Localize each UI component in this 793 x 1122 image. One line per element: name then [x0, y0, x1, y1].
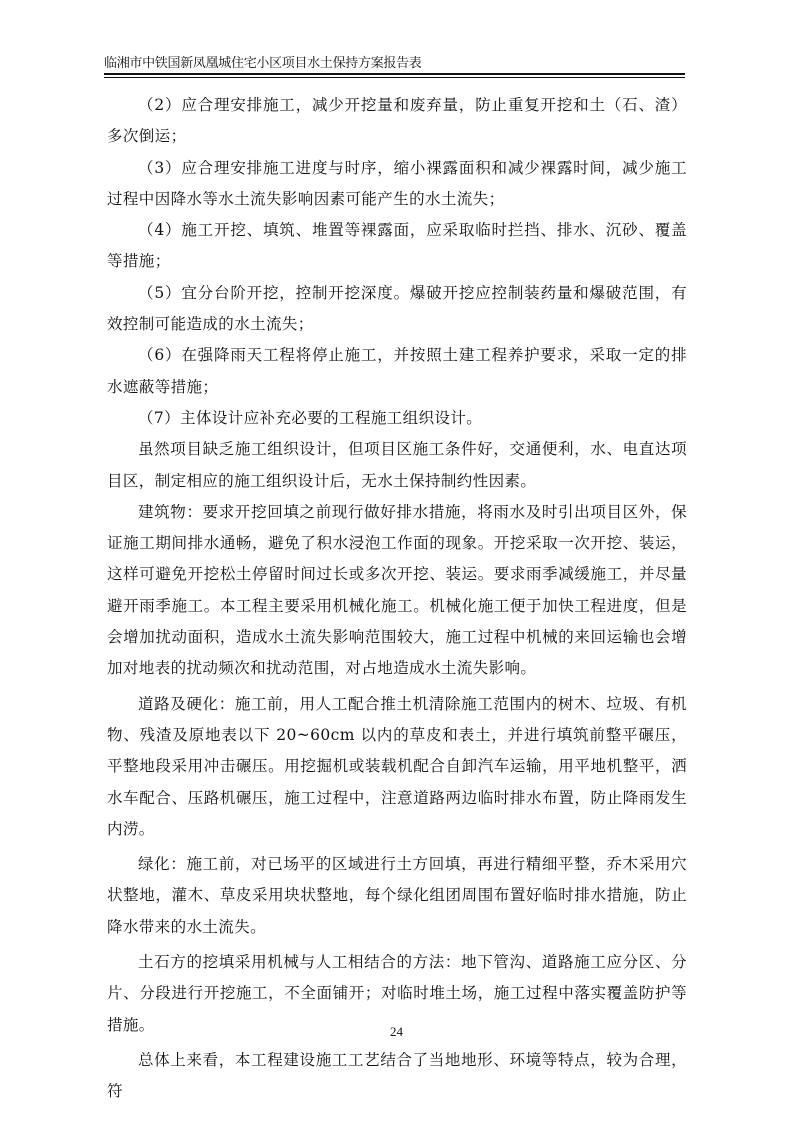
paragraph-item-2: （2）应合理安排施工，减少开挖量和废弃量，防止重复开挖和土（石、渣）多次倒运；: [107, 90, 687, 153]
header-rule-thick: [104, 73, 685, 75]
paragraph-roads: 道路及硬化：施工前，用人工配合推土机清除施工范围内的树木、垃圾、有机物、残渣及原…: [107, 689, 687, 845]
paragraph-item-5: （5）宜分台阶开挖，控制开挖深度。爆破开挖应控制装药量和爆破范围，有效控制可能造…: [107, 278, 687, 341]
header-rule-thin: [104, 77, 685, 78]
paragraph-greening: 绿化：施工前，对已场平的区域进行土方回填，再进行精细平整，乔木采用穴状整地，灌木…: [107, 849, 687, 943]
body-text: （2）应合理安排施工，减少开挖量和废弃量，防止重复开挖和土（石、渣）多次倒运； …: [107, 90, 687, 1108]
page-number: 24: [0, 1024, 793, 1040]
paragraph-buildings: 建筑物：要求开挖回填之前现行做好排水措施，将雨水及时引出项目区外，保证施工期间排…: [107, 497, 687, 685]
paragraph-item-4: （4）施工开挖、填筑、堆置等裸露面，应采取临时拦挡、排水、沉砂、覆盖等措施；: [107, 215, 687, 278]
paragraph-item-7: （7）主体设计应补充必要的工程施工组织设计。: [107, 403, 687, 434]
running-header: 临湘市中铁国新凤凰城住宅小区项目水土保持方案报告表: [104, 56, 685, 72]
paragraph-item-3: （3）应合理安排施工进度与时序，缩小裸露面积和减少裸露时间，减少施工过程中因降水…: [107, 153, 687, 216]
paragraph-summary: 总体上来看，本工程建设施工工艺结合了当地地形、环境等特点，较为合理，符: [107, 1045, 687, 1108]
paragraph-project-conditions: 虽然项目缺乏施工组织设计，但项目区施工条件好，交通便利，水、电直达项目区，制定相…: [107, 434, 687, 497]
document-page: 临湘市中铁国新凤凰城住宅小区项目水土保持方案报告表 （2）应合理安排施工，减少开…: [0, 0, 793, 1122]
paragraph-item-6: （6）在强降雨天工程将停止施工，并按照土建工程养护要求，采取一定的排水遮蔽等措施…: [107, 340, 687, 403]
